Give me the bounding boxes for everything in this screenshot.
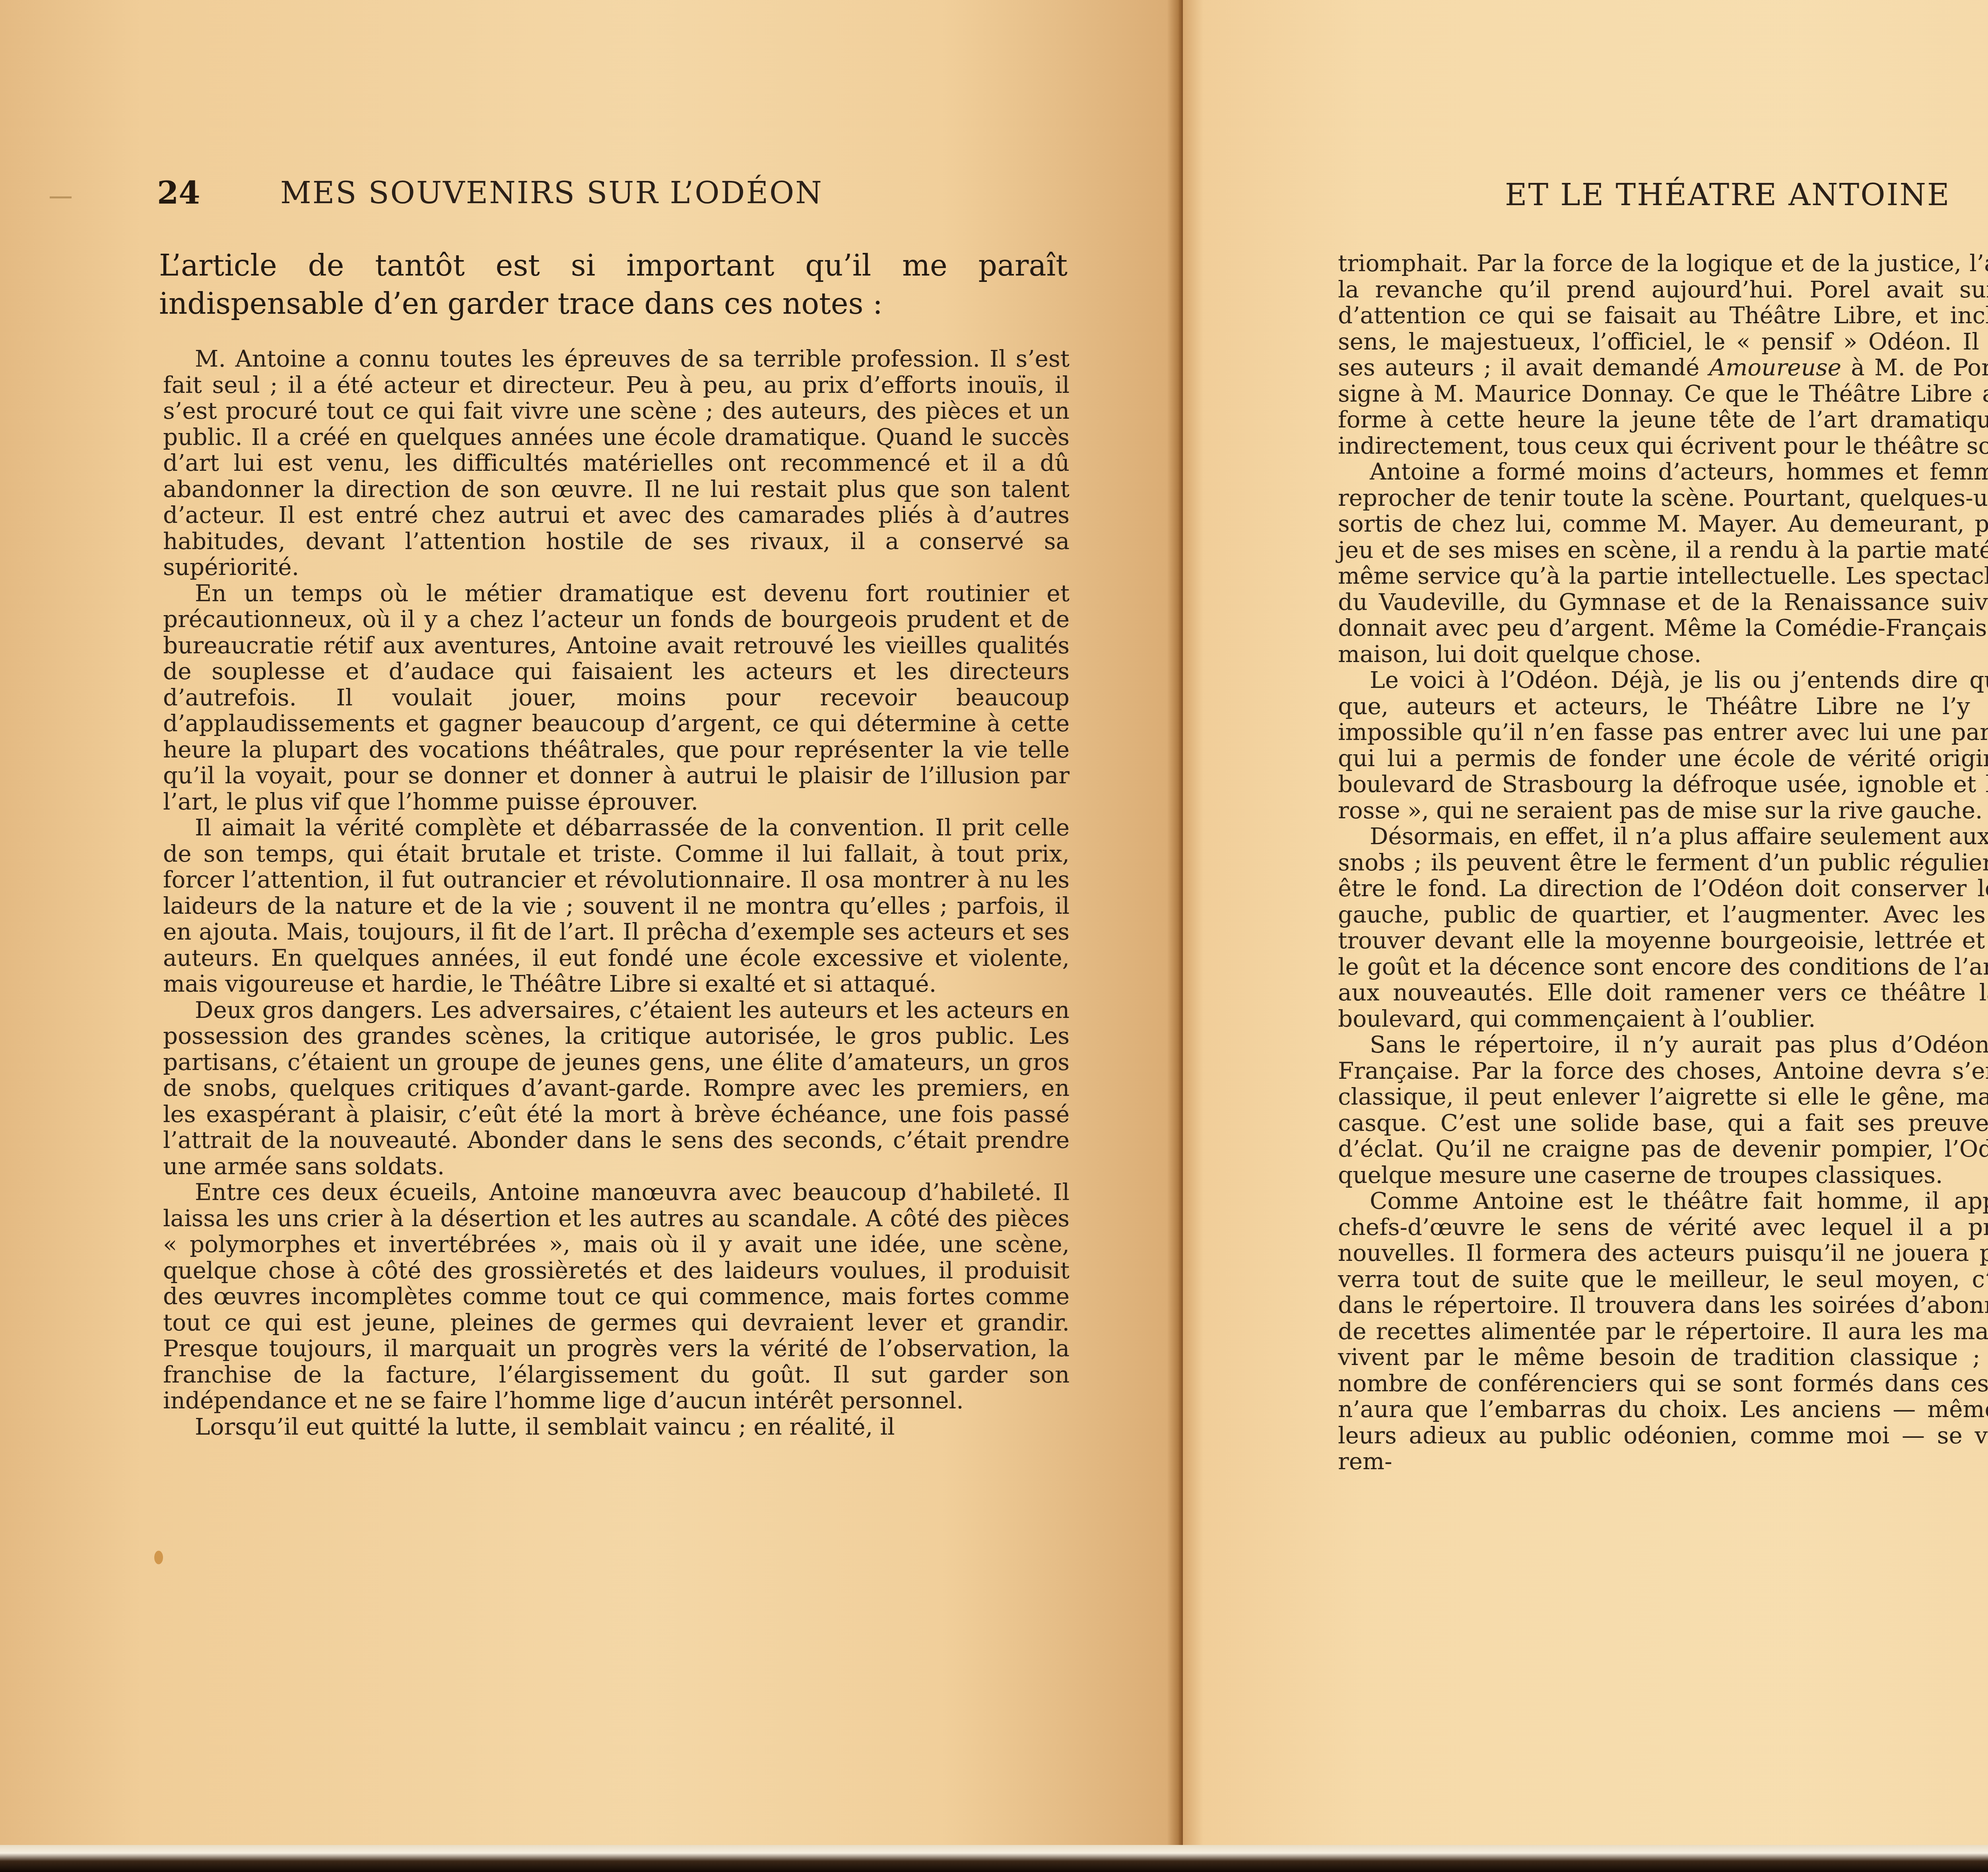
paragraph: M. Antoine a connu toutes les épreuves d… xyxy=(163,346,1070,581)
paper-stain xyxy=(154,1551,163,1564)
paragraph: Sans le répertoire, il n’y aurait pas pl… xyxy=(1338,1032,1988,1188)
left-page: 24 MES SOUVENIRS SUR L’ODÉON L’article d… xyxy=(0,0,1179,1853)
paragraph: Lorsqu’il eut quitté la lutte, il sembla… xyxy=(163,1414,1070,1440)
running-head-left: MES SOUVENIRS SUR L’ODÉON xyxy=(280,175,823,210)
right-body: triomphait. Par la force de la logique e… xyxy=(1338,251,1988,1475)
paragraph: Le voici à l’Odéon. Déjà, je lis ou j’en… xyxy=(1338,667,1988,823)
left-body: M. Antoine a connu toutes les épreuves d… xyxy=(163,346,1070,1440)
book-spread: 24 MES SOUVENIRS SUR L’ODÉON L’article d… xyxy=(0,0,1988,1872)
margin-pencil-mark xyxy=(50,196,72,198)
italic-title: Amoureuse xyxy=(1709,354,1841,381)
paragraph: Il aimait la vérité complète et débarras… xyxy=(163,815,1070,997)
paragraph: Antoine a formé moins d’acteurs, hommes … xyxy=(1338,459,1988,667)
paragraph: Comme Antoine est le théâtre fait homme,… xyxy=(1338,1188,1988,1475)
intro-sentence: L’article de tantôt est si important qu’… xyxy=(159,247,1068,323)
book-gutter xyxy=(1167,0,1183,1853)
page-bottom-edge xyxy=(0,1845,1988,1872)
page-number-left: 24 xyxy=(157,175,200,211)
paragraph: Désormais, en effet, il n’a plus affaire… xyxy=(1338,823,1988,1032)
right-page: ET LE THÉATRE ANTOINE 25 triomphait. Par… xyxy=(1179,0,1988,1853)
paragraph: Deux gros dangers. Les adversaires, c’ét… xyxy=(163,997,1070,1180)
paragraph: triomphait. Par la force de la logique e… xyxy=(1338,251,1988,459)
paragraph: Entre ces deux écueils, Antoine manœuvra… xyxy=(163,1179,1070,1414)
running-head-right: ET LE THÉATRE ANTOINE xyxy=(1505,177,1951,212)
paragraph: En un temps où le métier dramatique est … xyxy=(163,581,1070,815)
